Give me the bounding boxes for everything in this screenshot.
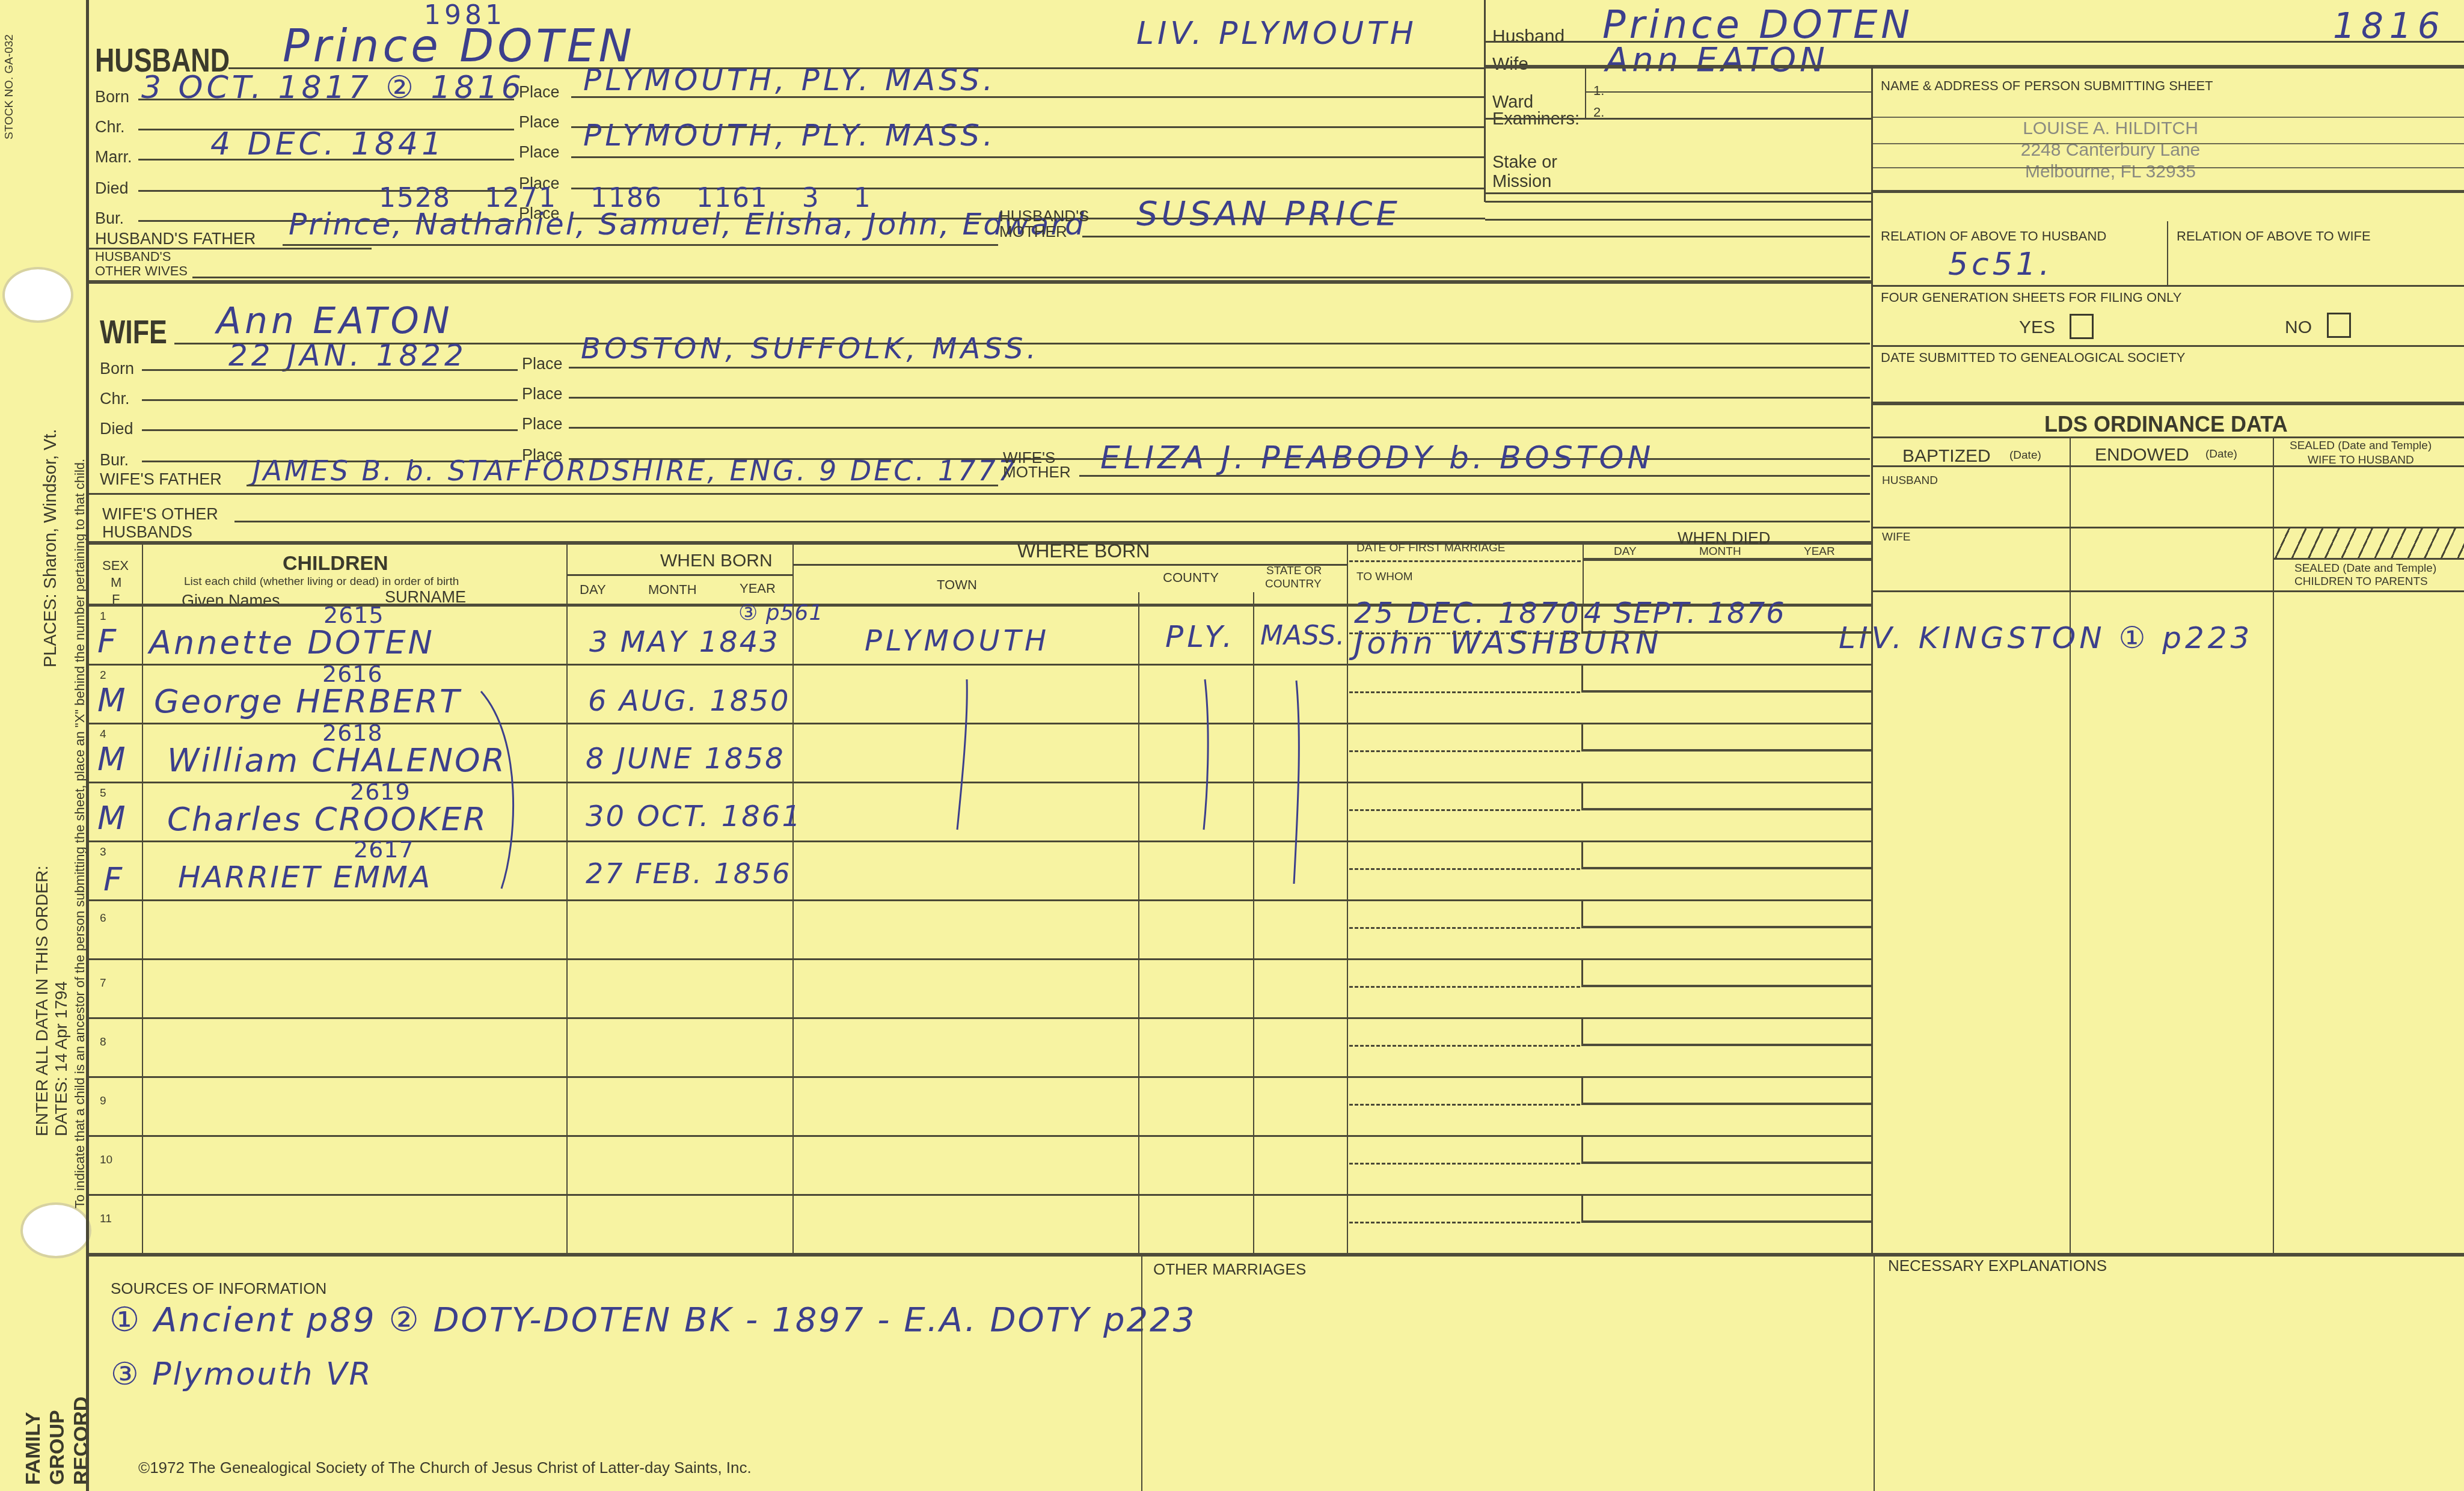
sources-label: SOURCES OF INFORMATION <box>111 1281 326 1296</box>
copyright-notice: ©1972 The Genealogical Society of The Ch… <box>138 1460 752 1475</box>
other-marriages-divider <box>1141 1257 1142 1491</box>
explanations-divider <box>1874 1257 1875 1491</box>
source-line-2[interactable]: ③ Plymouth VR <box>111 1359 373 1390</box>
other-marriages-label: OTHER MARRIAGES <box>1153 1261 1306 1277</box>
explanations-label: NECESSARY EXPLANATIONS <box>1888 1258 2107 1273</box>
source-line-1[interactable]: ① Ancient p89 ② DOTY-DOTEN BK - 1897 - E… <box>109 1303 1196 1337</box>
bottom-section-top-border <box>89 1253 2464 1257</box>
